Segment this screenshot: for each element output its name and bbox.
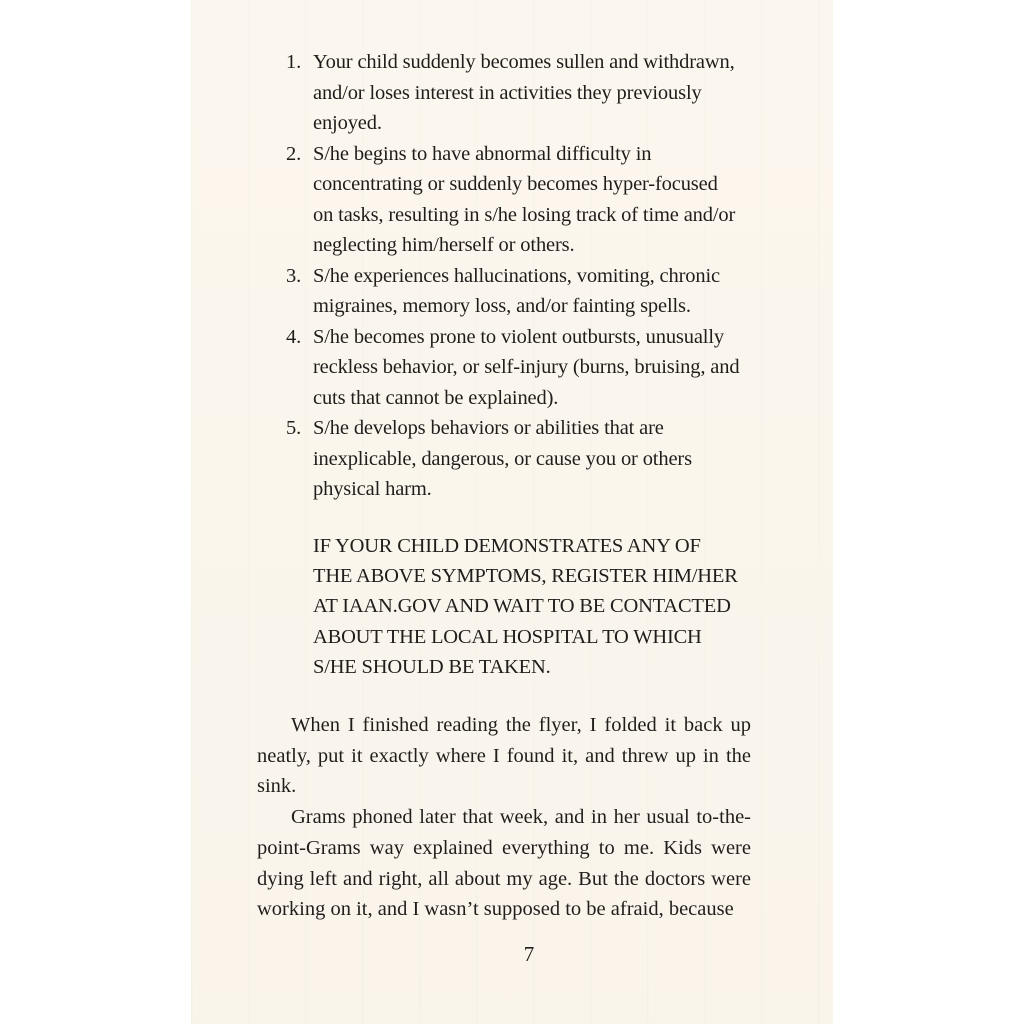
body-text: When I finished reading the flyer, I fol… [257,710,785,925]
page-number: 7 [208,942,850,967]
book-page: 1. Your child suddenly becomes sullen an… [191,0,833,1024]
list-item-line: S/he becomes prone to violent outbursts,… [313,322,786,353]
notice-line: IF YOUR CHILD DEMONSTRATES ANY OF [313,531,803,561]
paragraph: When I finished reading the flyer, I fol… [257,710,785,802]
list-item-line: physical harm. [313,474,786,505]
list-item-line: migraines, memory loss, and/or fainting … [313,291,786,322]
list-number: 5. [286,413,301,444]
list-item-line: S/he experiences hallucinations, vomitin… [313,261,786,292]
paragraph-line: sink. [223,771,785,802]
list-number: 3. [286,261,301,292]
paragraph-line: neatly, put it exactly where I found it,… [223,741,785,772]
list-item-line: on tasks, resulting in s/he losing track… [313,200,786,231]
list-item-line: concentrating or suddenly becomes hyper-… [313,169,786,200]
list-item-line: Your child suddenly becomes sullen and w… [313,47,786,78]
list-item: 2. S/he begins to have abnormal difficul… [286,139,786,261]
notice-line: THE ABOVE SYMPTOMS, REGISTER HIM/HER [313,561,803,591]
paragraph-line: dying left and right, all about my age. … [223,864,785,895]
symptom-list: 1. Your child suddenly becomes sullen an… [286,47,786,505]
list-item-line: S/he develops behaviors or abilities tha… [313,413,786,444]
list-item: 3. S/he experiences hallucinations, vomi… [286,261,786,322]
paragraph-line: Grams phoned later that week, and in her… [257,802,785,833]
paragraph-line: When I finished reading the flyer, I fol… [257,710,785,741]
list-item: 5. S/he develops behaviors or abilities … [286,413,786,505]
list-item: 1. Your child suddenly becomes sullen an… [286,47,786,139]
list-item-line: reckless behavior, or self-injury (burns… [313,352,786,383]
list-item: 4. S/he becomes prone to violent outburs… [286,322,786,414]
list-number: 1. [286,47,301,78]
list-item-line: enjoyed. [313,108,786,139]
paragraph-line: point-Grams way explained everything to … [223,833,785,864]
list-number: 4. [286,322,301,353]
notice-line: AT IAAN.GOV AND WAIT TO BE CONTACTED [313,591,803,621]
list-item-line: cuts that cannot be explained). [313,383,786,414]
registration-notice: IF YOUR CHILD DEMONSTRATES ANY OF THE AB… [313,531,803,682]
list-item-line: and/or loses interest in activities they… [313,78,786,109]
notice-line: S/HE SHOULD BE TAKEN. [313,652,803,682]
notice-line: ABOUT THE LOCAL HOSPITAL TO WHICH [313,622,803,652]
list-item-line: S/he begins to have abnormal difficulty … [313,139,786,170]
list-item-line: neglecting him/herself or others. [313,230,786,261]
list-number: 2. [286,139,301,170]
paragraph: Grams phoned later that week, and in her… [257,802,785,925]
paragraph-line: working on it, and I wasn’t supposed to … [223,894,785,925]
list-item-line: inexplicable, dangerous, or cause you or… [313,444,786,475]
